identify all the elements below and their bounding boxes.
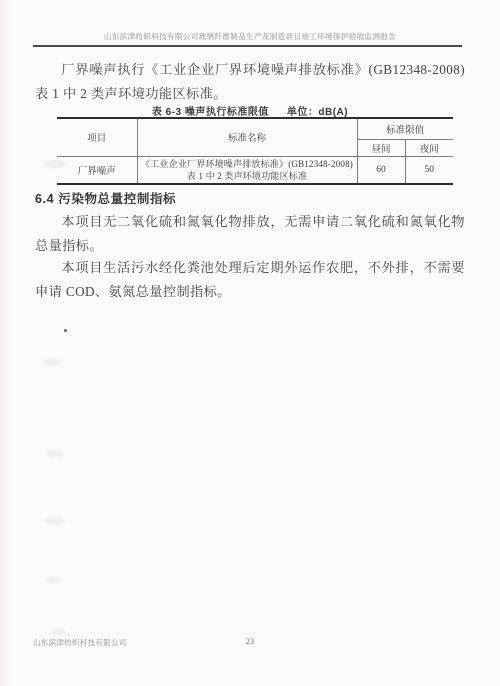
paragraph-so2-nox: 本项目无二氧化硫和氮氧化物排放，无需申请二氧化硫和氮氧化物总量指标。 [35, 210, 465, 258]
table-cell-standard: 《工业企业厂界环境噪声排放标准》(GB12348-2008) 表 1 中 2 类… [137, 156, 357, 184]
table-header-item: 项目 [57, 118, 137, 156]
scan-smudge-artifact [46, 450, 64, 458]
scan-smudge-artifact [44, 160, 66, 169]
table-header-night: 夜间 [405, 139, 453, 156]
noise-standard-table: 项目 标准名称 标准限值 昼间 夜间 厂界噪声 《工业企业厂界环境噪声排放标准》… [57, 117, 453, 185]
scan-smudge-artifact [46, 577, 62, 584]
table-cell-standard-line1: 《工业企业厂界环境噪声排放标准》(GB12348-2008) [140, 158, 355, 170]
scan-smudge-artifact [44, 517, 64, 525]
scan-ink-dot-artifact [64, 329, 67, 332]
section-heading-6-4: 6.4 污染物总量控制指标 [35, 189, 176, 207]
table-caption: 表 6-3 噪声执行标准限值单位：dB(A) [0, 103, 500, 118]
paragraph-sewage: 本项目生活污水经化粪池处理后定期外运作农肥，不外排，不需要申请 COD、氨氮总量… [35, 256, 465, 304]
table-header-row-1: 项目 标准名称 标准限值 [57, 118, 453, 139]
table-header-day: 昼间 [357, 139, 405, 156]
table-row: 厂界噪声 《工业企业厂界环境噪声排放标准》(GB12348-2008) 表 1 … [57, 156, 453, 184]
table-cell-night-value: 50 [405, 156, 453, 184]
paragraph-noise-standard: 厂界噪声执行《工业企业厂界环境噪声排放标准》(GB12348-2008)表 1 … [35, 58, 465, 106]
header-rule [33, 45, 462, 47]
footer-page-number: 23 [33, 637, 467, 646]
document-page: 山东滨津纺织科技有限公司玻璃纤维制品生产及制造项目竣工环境保护验收监测报告 厂界… [0, 0, 500, 686]
table-cell-standard-line2: 表 1 中 2 类声环境功能区标准 [140, 170, 355, 182]
scan-smudge-artifact [42, 358, 62, 366]
table-header-limit: 标准限值 [357, 118, 453, 139]
scan-smudge-artifact [50, 628, 66, 635]
table-header-standard-name: 标准名称 [137, 118, 357, 156]
table-cell-item: 厂界噪声 [57, 156, 137, 184]
page-header-title: 山东滨津纺织科技有限公司玻璃纤维制品生产及制造项目竣工环境保护验收监测报告 [0, 31, 500, 42]
table-cell-day-value: 60 [357, 156, 405, 184]
